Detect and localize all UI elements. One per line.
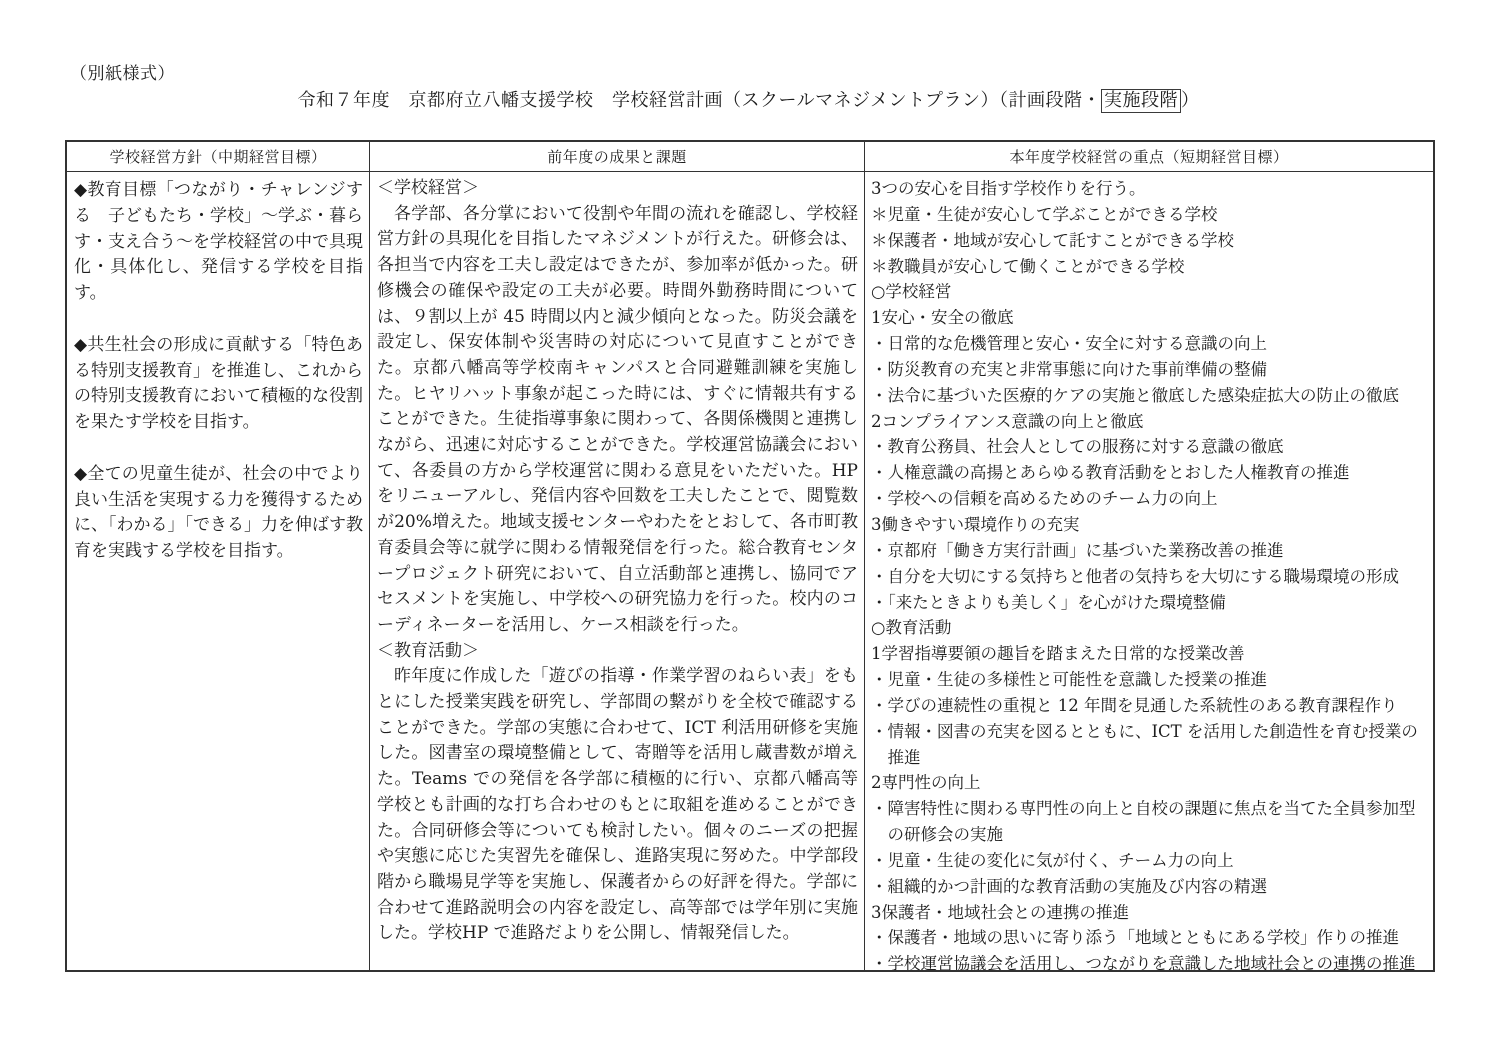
priority-line: ・児童・生徒の多様性と可能性を意識した授業の推進 — [871, 667, 1429, 693]
policy-paragraph: ◆共生社会の形成に貢献する「特色ある特別支援教育」を推進し、これからの特別支援教… — [74, 333, 363, 436]
priority-line: ・児童・生徒の変化に気が付く、チーム力の向上 — [871, 848, 1429, 874]
policy-paragraph: ◆教育目標「つながり・チャレンジする 子どもたち・学校」～学ぶ・暮らす・支え合う… — [74, 178, 363, 307]
priority-line: ＊児童・生徒が安心して学ぶことができる学校 — [871, 202, 1429, 228]
header-cell-policy: 学校経営方針（中期経営目標） — [67, 142, 370, 172]
priority-line: ・学校運営協議会を活用し、つながりを意識した地域社会との連携の推進 — [871, 951, 1429, 970]
corner-note: （別紙様式） — [70, 59, 175, 84]
document-title-suffix: ） — [1181, 90, 1200, 111]
priority-line: 3働きやすい環境作りの充実 — [871, 512, 1429, 538]
priority-line: 1学習指導要領の趣旨を踏まえた日常的な授業改善 — [871, 641, 1429, 667]
priority-line: ・防災教育の充実と非常事態に向けた事前準備の整備 — [871, 357, 1429, 383]
priority-line: ＊教職員が安心して働くことができる学校 — [871, 254, 1429, 280]
priority-line: ・法令に基づいた医療的ケアの実施と徹底した感染症拡大の防止の徹底 — [871, 383, 1429, 409]
document-title: 令和７年度 京都府立八幡支援学校 学校経営計画（スクールマネジメントプラン）（計… — [0, 86, 1497, 113]
results-section-body: 昨年度に作成した「遊びの指導・作業学習のねらい表」をもとにした授業実践を研究し、… — [377, 664, 858, 947]
priority-line: ○学校経営 — [871, 279, 1429, 305]
priority-line: ・情報・図書の充実を図るとともに、ICT を活用した創造性を育む授業の推進 — [871, 719, 1429, 771]
results-section-body: 各学部、各分掌において役割や年間の流れを確認し、学校経営方針の具現化を目指したマ… — [377, 202, 858, 639]
priority-line: ・日常的な危機管理と安心・安全に対する意識の向上 — [871, 331, 1429, 357]
header-cell-results: 前年度の成果と課題 — [370, 142, 865, 172]
priority-line: ・保護者・地域の思いに寄り添う「地域とともにある学校」作りの推進 — [871, 925, 1429, 951]
priority-line: ＊保護者・地域が安心して託すことができる学校 — [871, 228, 1429, 254]
priorities-cell: 3つの安心を目指す学校作りを行う。＊児童・生徒が安心して学ぶことができる学校＊保… — [865, 172, 1433, 970]
priority-line: ・障害特性に関わる専門性の向上と自校の課題に焦点を当てた全員参加型の研修会の実施 — [871, 796, 1429, 848]
policy-cell: ◆教育目標「つながり・チャレンジする 子どもたち・学校」～学ぶ・暮らす・支え合う… — [67, 172, 370, 970]
priority-line: ・自分を大切にする気持ちと他者の気持ちを大切にする職場環境の形成 — [871, 564, 1429, 590]
results-cell: ＜学校経営＞各学部、各分掌において役割や年間の流れを確認し、学校経営方針の具現化… — [370, 172, 865, 970]
priority-line: 3保護者・地域社会との連携の推進 — [871, 900, 1429, 926]
priority-line: ・学びの連続性の重視と 12 年間を見通した系統性のある教育課程作り — [871, 693, 1429, 719]
priority-line: ・教育公務員、社会人としての服務に対する意識の徹底 — [871, 434, 1429, 460]
priority-line: 1安心・安全の徹底 — [871, 305, 1429, 331]
priority-line: ・「来たときよりも美しく」を心がけた環境整備 — [871, 590, 1429, 616]
document-title-prefix: 令和７年度 京都府立八幡支援学校 学校経営計画（スクールマネジメントプラン）（計… — [297, 90, 1101, 111]
priority-line: 2コンプライアンス意識の向上と徹底 — [871, 409, 1429, 435]
results-section-heading: ＜学校経営＞ — [377, 176, 858, 202]
results-section-heading: ＜教育活動＞ — [377, 639, 858, 665]
management-plan-table: 学校経営方針（中期経営目標） 前年度の成果と課題 本年度学校経営の重点（短期経営… — [65, 140, 1435, 972]
policy-paragraph: ◆全ての児童生徒が、社会の中でより良い生活を実現する力を獲得するために、「わかる… — [74, 462, 363, 565]
page: （別紙様式） 令和７年度 京都府立八幡支援学校 学校経営計画（スクールマネジメン… — [0, 0, 1497, 1058]
priority-line: ・人権意識の高揚とあらゆる教育活動をとおした人権教育の推進 — [871, 460, 1429, 486]
priority-line: ・京都府「働き方実行計画」に基づいた業務改善の推進 — [871, 538, 1429, 564]
priority-line: ・組織的かつ計画的な教育活動の実施及び内容の精選 — [871, 874, 1429, 900]
priority-line: 2専門性の向上 — [871, 770, 1429, 796]
priority-line: ・学校への信頼を高めるためのチーム力の向上 — [871, 486, 1429, 512]
priority-line: ○教育活動 — [871, 615, 1429, 641]
header-cell-priorities: 本年度学校経営の重点（短期経営目標） — [865, 142, 1433, 172]
title-boxed-stage: 実施段階 — [1101, 89, 1181, 113]
priority-line: 3つの安心を目指す学校作りを行う。 — [871, 176, 1429, 202]
